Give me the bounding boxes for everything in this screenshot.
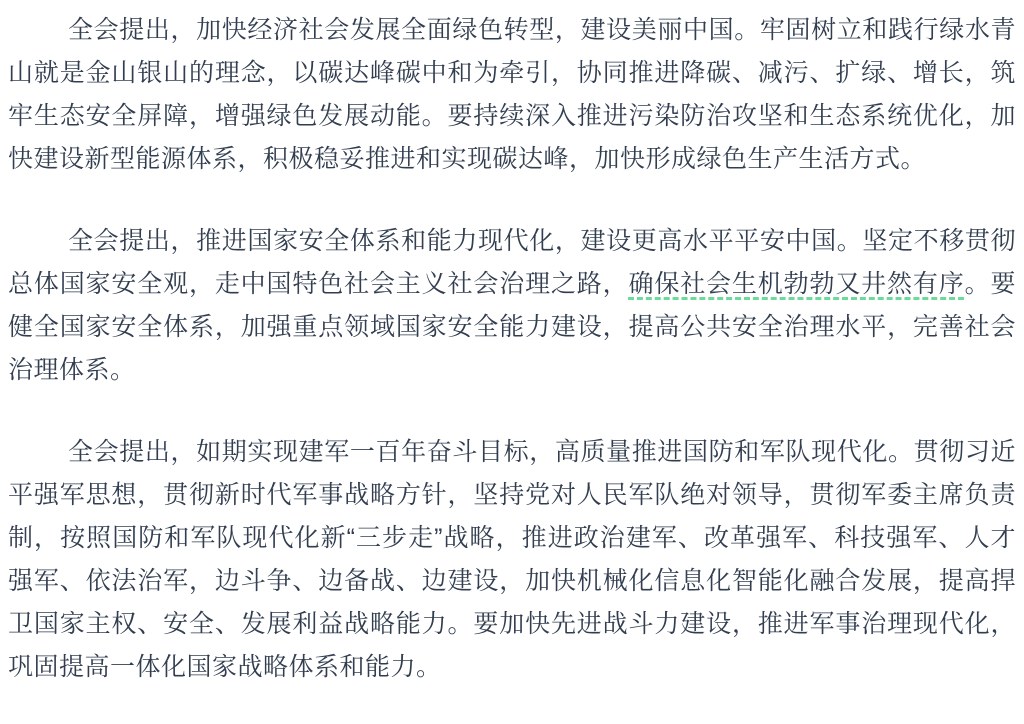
paragraph: 全会提出，如期实现建军一百年奋斗目标，高质量推进国防和军队现代化。贯彻习近平强军… xyxy=(8,431,1016,689)
paragraphs-container: 全会提出，加快经济社会发展全面绿色转型，建设美丽中国。牢固树立和践行绿水青山就是… xyxy=(8,9,1016,689)
paragraph: 全会提出，推进国家安全体系和能力现代化，建设更高水平平安中国。坚定不移贯彻总体国… xyxy=(8,220,1016,392)
spellcheck-underlined-text: 确保社会生机勃勃又井然有序 xyxy=(629,270,965,298)
document-page: 全会提出，加快经济社会发展全面绿色转型，建设美丽中国。牢固树立和践行绿水青山就是… xyxy=(0,0,1024,724)
paragraph: 全会提出，加快经济社会发展全面绿色转型，建设美丽中国。牢固树立和践行绿水青山就是… xyxy=(8,9,1016,181)
text-segment: 全会提出，如期实现建军一百年奋斗目标，高质量推进国防和军队现代化。贯彻习近平强军… xyxy=(8,438,1016,681)
text-segment: 全会提出，加快经济社会发展全面绿色转型，建设美丽中国。牢固树立和践行绿水青山就是… xyxy=(8,16,1016,173)
